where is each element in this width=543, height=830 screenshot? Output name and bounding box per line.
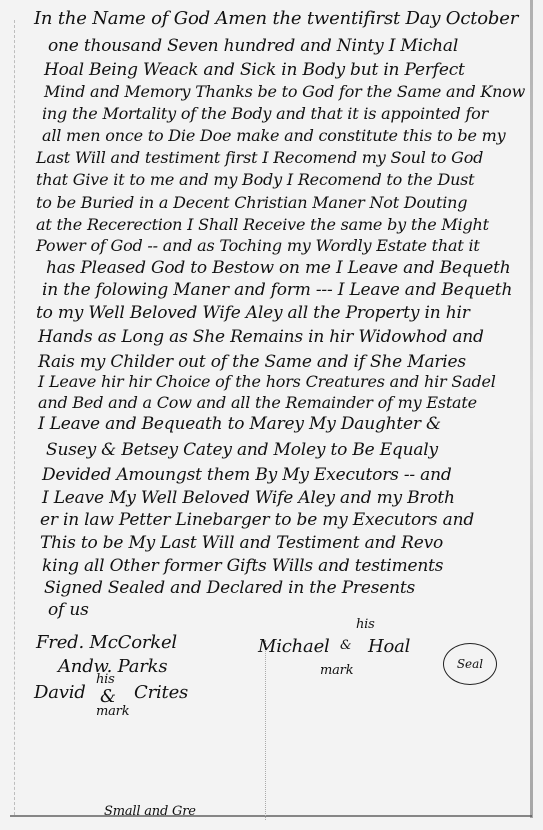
body-line: Hands as Long as She Remains in hir Wido…	[38, 327, 484, 347]
body-line: Last Will and testiment first I Recomend…	[36, 148, 483, 167]
body-line: in the folowing Maner and form --- I Lea…	[42, 280, 512, 300]
body-line: Rais my Childer out of the Same and if S…	[38, 352, 466, 372]
witness-mark-word: mark	[96, 704, 129, 719]
body-line: has Pleased God to Bestow on me I Leave …	[46, 258, 510, 278]
testator-last-name: Hoal	[368, 636, 410, 657]
body-line: of us	[48, 600, 89, 620]
testator-mark-symbol: &	[340, 638, 351, 653]
witness-signature: Fred. McCorkel	[36, 632, 177, 653]
body-line: er in law Petter Linebarger to be my Exe…	[40, 510, 474, 530]
body-line: Mind and Memory Thanks be to God for the…	[44, 82, 525, 101]
witness-signature: Crites	[134, 682, 188, 703]
page-bottom-edge	[10, 815, 532, 817]
testator-first-name: Michael	[258, 636, 330, 657]
seal-icon: Seal	[443, 643, 497, 685]
body-line: one thousand Seven hundred and Ninty I M…	[48, 36, 458, 56]
page-left-edge	[14, 20, 17, 815]
body-line: I Leave hir hir Choice of the hors Creat…	[38, 372, 496, 391]
body-line: I Leave and Bequeath to Marey My Daughte…	[38, 414, 441, 434]
testator-mark-word: mark	[320, 663, 353, 678]
body-line: Power of God -- and as Toching my Wordly…	[36, 236, 480, 255]
body-line: In the Name of God Amen the twentifirst …	[34, 8, 518, 29]
body-line: I Leave My Well Beloved Wife Aley and my…	[42, 488, 455, 508]
body-line: and Bed and a Cow and all the Remainder …	[38, 393, 477, 412]
witness-his-label: his	[96, 672, 115, 687]
body-line: ing the Mortality of the Body and that i…	[42, 104, 488, 123]
body-line: Signed Sealed and Declared in the Presen…	[44, 578, 415, 598]
page-right-edge	[530, 0, 533, 818]
body-line: Hoal Being Weack and Sick in Body but in…	[44, 60, 465, 80]
body-line: at the Recerection I Shall Receive the s…	[36, 215, 489, 234]
body-line: that Give it to me and my Body I Recomen…	[36, 170, 474, 189]
body-line: to my Well Beloved Wife Aley all the Pro…	[36, 303, 470, 323]
body-line: This to be My Last Will and Testiment an…	[40, 533, 443, 553]
body-line: Devided Amoungst them By My Executors --…	[42, 465, 452, 485]
will-document-page: In the Name of God Amen the twentifirst …	[0, 0, 543, 830]
body-line: Susey & Betsey Catey and Moley to Be Equ…	[46, 440, 438, 460]
seal-text: Seal	[457, 657, 483, 671]
witness-signature: David	[34, 682, 86, 703]
body-line: to be Buried in a Decent Christian Maner…	[36, 193, 467, 212]
testator-his-label: his	[356, 617, 375, 632]
footer-note: Small and Gre	[104, 804, 196, 819]
body-line: king all Other former Gifts Wills and te…	[42, 556, 443, 576]
body-line: all men once to Die Doe make and constit…	[42, 126, 505, 145]
page-fold-line	[265, 640, 267, 820]
